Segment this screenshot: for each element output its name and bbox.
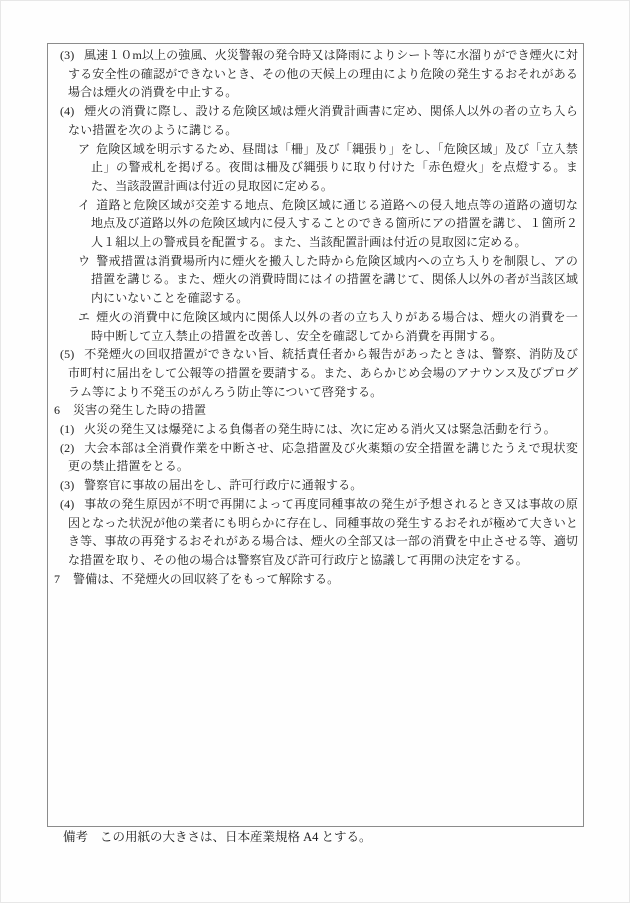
clause-marker: (4) bbox=[60, 495, 84, 514]
clause-text: 大会本部は全消費作業を中断させ、応急措置及び火薬類の安全措置を講じたうえで現状変… bbox=[68, 441, 578, 474]
clause-paragraph: (4)煙火の消費に際し、設ける危険区域は煙火消費計画書に定め、関係人以外の者の立… bbox=[48, 102, 578, 139]
clause-text: 警備は、不発煙火の回収終了をもって解除する。 bbox=[73, 572, 339, 586]
clause-text: 災害の発生した時の措置 bbox=[73, 403, 206, 417]
clause-paragraph: ウ警戒措置は消費場所内に煙火を搬入した時から危険区域内への立ち入りを制限し、アの… bbox=[48, 252, 578, 308]
clause-paragraph: (4)事故の発生原因が不明で再開によって再度同種事故の発生が予想されるとき又は事… bbox=[48, 495, 578, 570]
clause-paragraph: (3)警察官に事故の届出をし、許可行政庁に通報する。 bbox=[48, 476, 578, 495]
clause-marker: 7 bbox=[54, 570, 73, 589]
clause-text: 煙火の消費に際し、設ける危険区域は煙火消費計画書に定め、関係人以外の者の立ち入ら… bbox=[68, 104, 578, 137]
clause-text: 警戒措置は消費場所内に煙火を搬入した時から危険区域内への立ち入りを制限し、アの措… bbox=[91, 254, 578, 305]
clause-marker: 6 bbox=[54, 401, 73, 420]
clause-text: 事故の発生原因が不明で再開によって再度同種事故の発生が予想されるとき又は事故の原… bbox=[68, 497, 578, 567]
clause-marker: (4) bbox=[60, 102, 84, 121]
clause-marker: (5) bbox=[60, 345, 84, 364]
clause-paragraph: (3)風速１０m以上の強風、火災警報の発令時又は降雨によりシート等に水溜りができ… bbox=[48, 46, 578, 102]
document-border-box: (3)風速１０m以上の強風、火災警報の発令時又は降雨によりシート等に水溜りができ… bbox=[47, 43, 584, 827]
clause-paragraph: ア危険区域を明示するため、昼間は「柵」及び「縄張り」をし、「危険区域」及び「立入… bbox=[48, 140, 578, 196]
clause-marker: (2) bbox=[60, 439, 84, 458]
clause-text: 危険区域を明示するため、昼間は「柵」及び「縄張り」をし、「危険区域」及び「立入禁… bbox=[91, 142, 578, 193]
clause-marker: イ bbox=[78, 196, 96, 215]
clause-paragraph: (5)不発煙火の回収措置ができない旨、統括責任者から報告があったときは、警察、消… bbox=[48, 345, 578, 401]
clause-text: 警察官に事故の届出をし、許可行政庁に通報する。 bbox=[84, 478, 362, 492]
clause-paragraph: 6災害の発生した時の措置 bbox=[48, 401, 578, 420]
clause-marker: ア bbox=[78, 140, 96, 159]
clause-marker: (1) bbox=[60, 420, 84, 439]
remarks-line: 備考この用紙の大きさは、日本産業規格 A4 とする。 bbox=[63, 828, 372, 846]
remarks-text: この用紙の大きさは、日本産業規格 A4 とする。 bbox=[100, 830, 372, 844]
clause-paragraph: エ煙火の消費中に危険区域内に関係人以外の者の立ち入りがある場合は、煙火の消費を一… bbox=[48, 308, 578, 345]
clause-marker: (3) bbox=[60, 476, 84, 495]
clause-text: 煙火の消費中に危険区域内に関係人以外の者の立ち入りがある場合は、煙火の消費を一時… bbox=[91, 310, 578, 343]
clause-text: 風速１０m以上の強風、火災警報の発令時又は降雨によりシート等に水溜りができ煙火に… bbox=[68, 48, 578, 99]
document-page: (3)風速１０m以上の強風、火災警報の発令時又は降雨によりシート等に水溜りができ… bbox=[0, 0, 630, 903]
clause-paragraph: (2)大会本部は全消費作業を中断させ、応急措置及び火薬類の安全措置を講じたうえで… bbox=[48, 439, 578, 476]
clause-marker: (3) bbox=[60, 46, 84, 65]
remarks-label: 備考 bbox=[63, 830, 88, 844]
clause-marker: エ bbox=[78, 308, 96, 327]
clause-text: 道路と危険区域が交差する地点、危険区域に通じる道路への侵入地点等の道路の適切な地… bbox=[91, 198, 578, 249]
clause-list: (3)風速１０m以上の強風、火災警報の発令時又は降雨によりシート等に水溜りができ… bbox=[48, 46, 578, 588]
clause-marker: ウ bbox=[78, 252, 96, 271]
clause-text: 火災の発生又は爆発による負傷者の発生時には、次に定める消火又は緊急活動を行う。 bbox=[84, 422, 556, 436]
clause-text: 不発煙火の回収措置ができない旨、統括責任者から報告があったときは、警察、消防及び… bbox=[68, 347, 578, 398]
clause-paragraph: イ道路と危険区域が交差する地点、危険区域に通じる道路への侵入地点等の道路の適切な… bbox=[48, 196, 578, 252]
clause-paragraph: 7警備は、不発煙火の回収終了をもって解除する。 bbox=[48, 570, 578, 589]
clause-paragraph: (1)火災の発生又は爆発による負傷者の発生時には、次に定める消火又は緊急活動を行… bbox=[48, 420, 578, 439]
